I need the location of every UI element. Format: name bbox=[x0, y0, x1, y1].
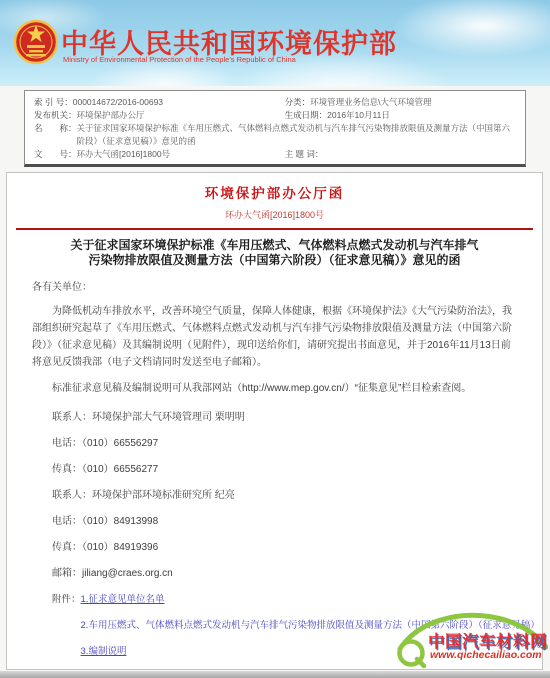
contact1-phone: 电话：（010）66556297 bbox=[32, 437, 520, 450]
meta-issuer-label: 发布机关： bbox=[34, 109, 77, 122]
contact1-name: 联系人：环境保护部大气环境管理司 栗明明 bbox=[32, 411, 520, 424]
letter-title-line2: 污染物排放限值及测量方法（中国第六阶段）（征求意见稿）》意见的函 bbox=[45, 253, 504, 268]
meta-docno-label: 文 号： bbox=[34, 148, 77, 161]
ministry-header-banner: 中华人民共和国环境保护部 Ministry of Environmental P… bbox=[0, 0, 550, 86]
meta-date-label: 生成日期： bbox=[285, 109, 328, 122]
meta-category-label: 分类： bbox=[285, 96, 311, 109]
meta-row-docno-subject: 文 号： 环办大气函[2016]1800号 主 题 词： bbox=[34, 148, 516, 161]
contact2-phone: 电话：（010）84913998 bbox=[32, 515, 520, 528]
national-emblem-icon bbox=[14, 15, 58, 69]
paragraph-1: 为降低机动车排放水平，改善环境空气质量，保障人体健康，根据《环境保护法》《大气污… bbox=[32, 303, 520, 371]
meta-subject-label: 主 题 词： bbox=[285, 148, 324, 161]
contact2-fax: 传真：（010）84919396 bbox=[32, 541, 520, 554]
meta-docno-value: 环办大气函[2016]1800号 bbox=[77, 148, 285, 161]
qichecailiao-watermark: 中国汽车材料网 www.qichecailiao.com bbox=[396, 607, 548, 671]
red-divider-rule bbox=[16, 228, 533, 230]
salutation: 各有关单位： bbox=[32, 281, 520, 294]
contact1-fax: 传真：（010）66556277 bbox=[32, 463, 520, 476]
meta-name-value: 关于征求国家环境保护标准《车用压燃式、气体燃料点燃式发动机与汽车排气污染物排放限… bbox=[77, 122, 516, 148]
document-metadata-table: 索 引 号： 000014672/2016-00693 分类： 环境管理业务信息… bbox=[24, 90, 526, 167]
paragraph-2: 标准征求意见稿及编制说明可从我部网站（http://www.mep.gov.cn… bbox=[32, 380, 520, 397]
contact2-email: 邮箱：jiliang@craes.org.cn bbox=[32, 567, 520, 580]
meta-row-index-category: 索 引 号： 000014672/2016-00693 分类： 环境管理业务信息… bbox=[34, 96, 516, 109]
meta-issuer-value: 环境保护部办公厅 bbox=[77, 109, 285, 122]
meta-index-label: 索 引 号： bbox=[34, 96, 73, 109]
watermark-site-url: www.qichecailiao.com bbox=[430, 649, 542, 661]
letter-title: 关于征求国家环境保护标准《车用压燃式、气体燃料点燃式发动机与汽车排气 污染物排放… bbox=[45, 238, 504, 268]
meta-subject-value bbox=[323, 148, 516, 161]
meta-category-value: 环境管理业务信息\大气环境管理 bbox=[310, 96, 516, 109]
meta-index-value: 000014672/2016-00693 bbox=[73, 96, 285, 109]
meta-name-label: 名 称： bbox=[34, 122, 77, 148]
meta-row-name: 名 称： 关于征求国家环境保护标准《车用压燃式、气体燃料点燃式发动机与汽车排气污… bbox=[34, 122, 516, 148]
ministry-name-en: Ministry of Environmental Protection of … bbox=[63, 55, 296, 64]
bottom-gray-bar bbox=[0, 671, 550, 678]
letter-doc-number: 环办大气函[2016]1800号 bbox=[7, 208, 542, 221]
issuing-office-title: 环境保护部办公厅函 bbox=[7, 182, 542, 202]
contact2-name: 联系人：环境保护部环境标准研究所 纪亮 bbox=[32, 489, 520, 502]
attachments-label: 附件： bbox=[52, 593, 81, 671]
meta-date-value: 2016年10月11日 bbox=[327, 109, 516, 122]
meta-row-issuer-date: 发布机关： 环境保护部办公厅 生成日期： 2016年10月11日 bbox=[34, 109, 516, 122]
official-letter-body: 环境保护部办公厅函 环办大气函[2016]1800号 关于征求国家环境保护标准《… bbox=[6, 172, 543, 670]
attachment-link-1[interactable]: 1.征求意见单位名单 bbox=[81, 593, 540, 606]
letter-title-line1: 关于征求国家环境保护标准《车用压燃式、气体燃料点燃式发动机与汽车排气 bbox=[45, 238, 504, 253]
